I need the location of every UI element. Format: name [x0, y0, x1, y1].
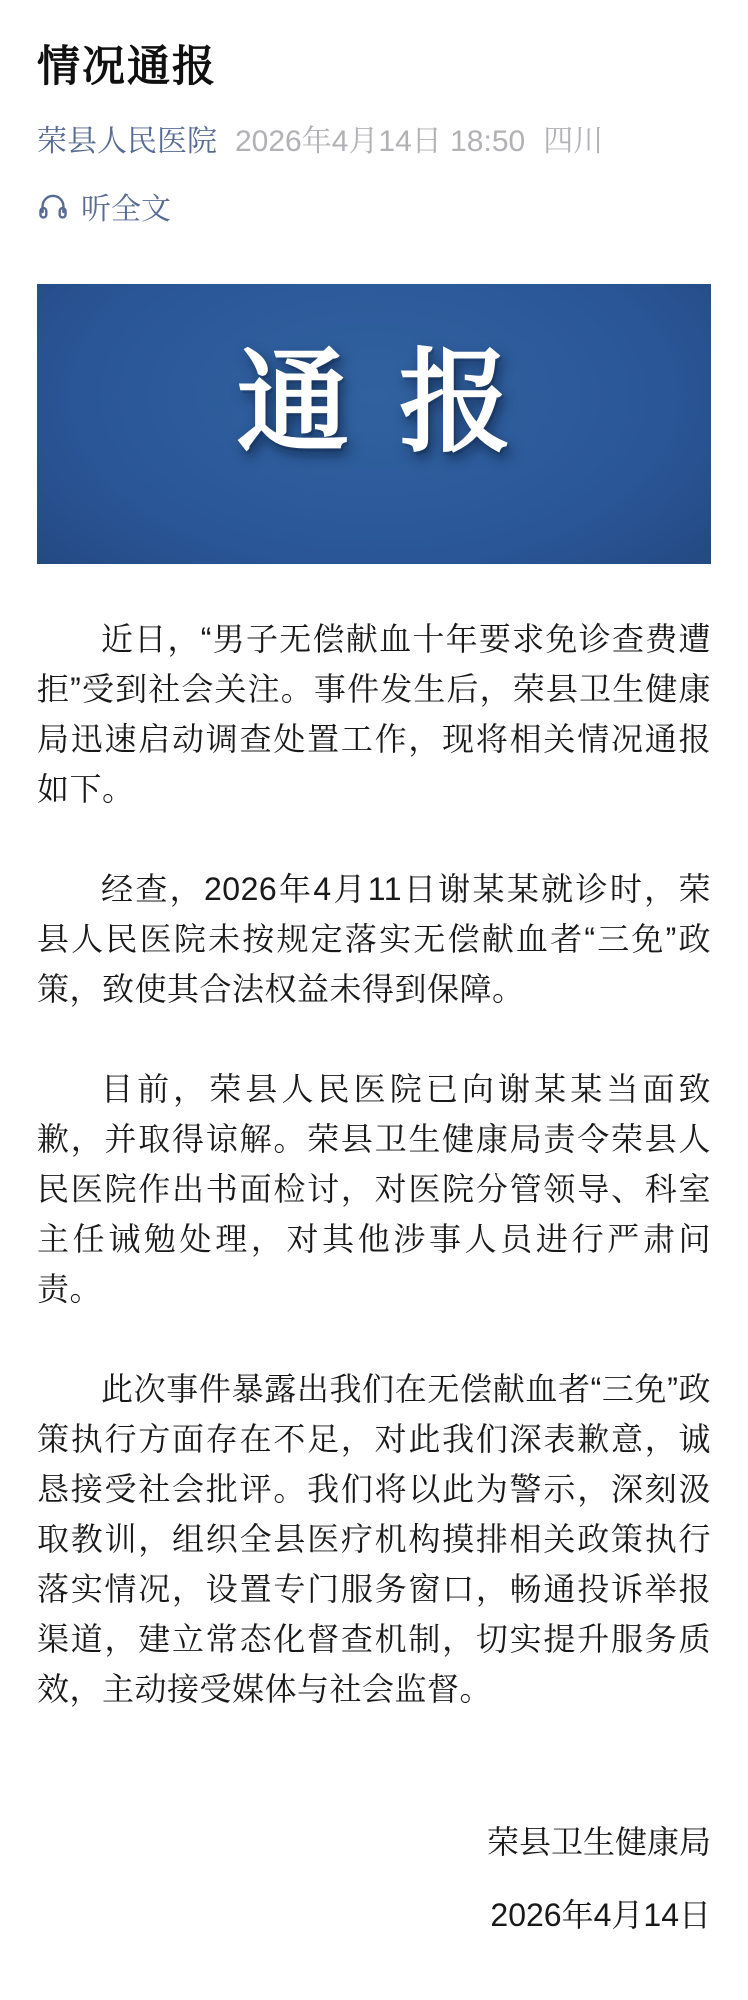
publish-location: 四川 [543, 124, 603, 160]
listen-label: 听全文 [81, 184, 171, 228]
banner-image[interactable]: 通报 [37, 284, 711, 564]
article-meta: 荣县人民医院 2026年4月14日 18:50 四川 [37, 124, 711, 160]
banner-text: 通报 [186, 313, 561, 474]
signature-date: 2026年4月14日 [37, 1890, 711, 1940]
paragraph: 经查，2026年4月11日谢某某就诊时，荣县人民医院未按规定落实无偿献血者“三免… [37, 864, 711, 1014]
article-page: 情况通报 荣县人民医院 2026年4月14日 18:50 四川 听全文 通报 近… [0, 0, 748, 2000]
headphones-icon [37, 190, 81, 222]
publish-datetime: 2026年4月14日 18:50 [235, 124, 525, 160]
account-name-link[interactable]: 荣县人民医院 [37, 124, 217, 160]
listen-full-text-button[interactable]: 听全文 [37, 184, 711, 228]
article-body: 近日，“男子无偿献血十年要求免诊查费遭拒”受到社会关注。事件发生后，荣县卫生健康… [37, 614, 711, 1714]
page-title: 情况通报 [37, 0, 711, 96]
signature: 荣县卫生健康局 [37, 1817, 711, 1867]
paragraph: 此次事件暴露出我们在无偿献血者“三免”政策执行方面存在不足，对此我们深表歉意，诚… [37, 1364, 711, 1714]
paragraph: 近日，“男子无偿献血十年要求免诊查费遭拒”受到社会关注。事件发生后，荣县卫生健康… [37, 614, 711, 814]
paragraph: 目前，荣县人民医院已向谢某某当面致歉，并取得谅解。荣县卫生健康局责令荣县人民医院… [37, 1064, 711, 1314]
